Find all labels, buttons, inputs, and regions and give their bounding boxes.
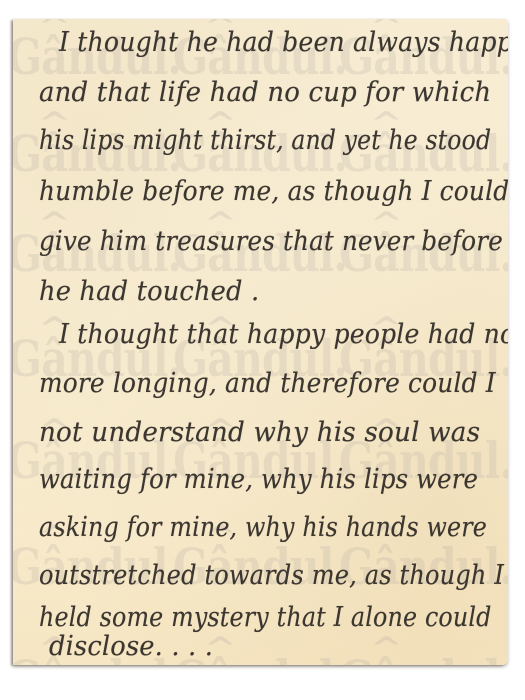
text-line: and that life had no cup for which: [39, 77, 491, 108]
text-line: I thought he had been always happy: [59, 27, 508, 58]
document-viewer: Gândul.Gândul.Gândul.Gândul.Gândul.Gându…: [0, 0, 525, 700]
text-line: I thought that happy people had no: [59, 319, 508, 350]
letter-page: Gândul.Gândul.Gândul.Gândul.Gândul.Gându…: [13, 19, 508, 665]
text-line: waiting for mine, why his lips were: [39, 464, 478, 495]
text-line: asking for mine, why his hands were: [39, 512, 487, 543]
text-line: held some mystery that I alone could: [39, 602, 492, 633]
text-line: his lips might thirst, and yet he stood: [39, 125, 491, 156]
text-line: disclose. . . .: [49, 631, 213, 662]
text-line: give him treasures that never before: [39, 226, 503, 257]
text-line: outstretched towards me, as though I: [39, 560, 504, 591]
text-line: he had touched .: [39, 276, 259, 307]
text-line: more longing, and therefore could I: [39, 368, 496, 399]
text-line: humble before me, as though I could: [39, 176, 508, 207]
text-line: not understand why his soul was: [39, 417, 480, 448]
handwritten-text: I thought he had been always happy and t…: [13, 19, 508, 665]
